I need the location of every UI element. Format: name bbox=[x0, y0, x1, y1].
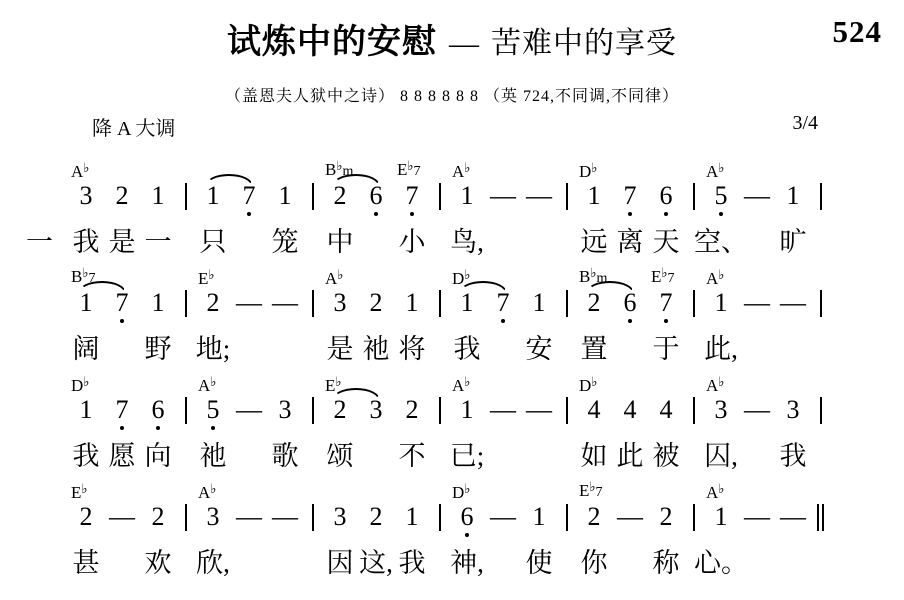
note-value: — bbox=[231, 502, 267, 532]
lyric: 于 bbox=[653, 334, 680, 364]
note-cell: A♭5空、 bbox=[703, 157, 739, 257]
note-value: 1 bbox=[521, 288, 557, 318]
low-octave-dot bbox=[628, 319, 632, 323]
note-value: 2 bbox=[68, 502, 104, 532]
lyric: 地; bbox=[196, 334, 231, 364]
note-cell: B♭m2置 bbox=[576, 264, 612, 364]
lyric: 安 bbox=[526, 334, 553, 364]
note-value: 6 bbox=[612, 288, 648, 318]
note-value: 1 bbox=[68, 395, 104, 425]
note-cell: D♭6神, bbox=[449, 478, 485, 578]
note-cell: — bbox=[485, 157, 521, 257]
lyric: 此 bbox=[617, 441, 644, 471]
note-value: 1 bbox=[394, 502, 430, 532]
low-octave-dot bbox=[664, 212, 668, 216]
lyric: 一 bbox=[145, 227, 172, 257]
note-cell: 2祂 bbox=[358, 264, 394, 364]
note-value: 2 bbox=[576, 288, 612, 318]
note-cell: 1安 bbox=[521, 264, 557, 364]
lyric: 囚, bbox=[704, 441, 738, 471]
lyric: 阔 bbox=[73, 334, 100, 364]
lyric: 此, bbox=[704, 334, 738, 364]
lyric: 颂 bbox=[327, 441, 354, 471]
lyric: 笼 bbox=[272, 227, 299, 257]
note-value: 1 bbox=[68, 288, 104, 318]
note-value: 7 bbox=[394, 181, 430, 211]
note-value: 6 bbox=[648, 181, 684, 211]
note-cell: D♭1我 bbox=[68, 371, 104, 471]
lyric: 我 bbox=[454, 334, 481, 364]
note-cell: 2不 bbox=[394, 371, 430, 471]
note-cell: — bbox=[739, 371, 775, 471]
barline bbox=[176, 371, 195, 471]
note-cell: E♭77小 bbox=[394, 157, 430, 257]
note-cell: 6向 bbox=[140, 371, 176, 471]
note-cell: E♭72你 bbox=[576, 478, 612, 578]
note-value: 2 bbox=[358, 502, 394, 532]
note-value: 1 bbox=[140, 288, 176, 318]
note-value: — bbox=[739, 395, 775, 425]
note-value: 3 bbox=[703, 395, 739, 425]
chord-label: D♭ bbox=[452, 480, 470, 501]
barline bbox=[557, 264, 576, 364]
note-value: 1 bbox=[394, 288, 430, 318]
note-cell: A♭3是 bbox=[322, 264, 358, 364]
note-value: — bbox=[267, 288, 303, 318]
barline-mark bbox=[557, 181, 576, 211]
note-cell: A♭3欣, bbox=[195, 478, 231, 578]
note-cell: A♭5祂 bbox=[195, 371, 231, 471]
chord-label: D♭ bbox=[579, 159, 597, 180]
note-cell: 1将 bbox=[394, 264, 430, 364]
lyric: 只 bbox=[200, 227, 227, 257]
note-value: 4 bbox=[612, 395, 648, 425]
lyric: 中 bbox=[327, 227, 354, 257]
low-octave-dot bbox=[410, 212, 414, 216]
barline bbox=[557, 371, 576, 471]
note-value: 7 bbox=[104, 288, 140, 318]
barline-mark bbox=[684, 181, 703, 211]
note-cell: 1旷 bbox=[775, 157, 811, 257]
note-cell: — bbox=[231, 371, 267, 471]
note-cell: 6 bbox=[358, 157, 394, 257]
note-cell: A♭1心。 bbox=[703, 478, 739, 578]
note-value: 4 bbox=[648, 395, 684, 425]
chord-label: E♭7 bbox=[651, 264, 675, 287]
barline bbox=[811, 371, 830, 471]
note-value: 1 bbox=[195, 181, 231, 211]
note-cell: 3我 bbox=[775, 371, 811, 471]
chord-label: A♭ bbox=[198, 480, 216, 501]
note-value: — bbox=[612, 502, 648, 532]
hymn-number: 524 bbox=[833, 14, 883, 50]
note-cell: A♭3我 bbox=[68, 157, 104, 257]
note-value: — bbox=[775, 502, 811, 532]
note-value: 3 bbox=[195, 502, 231, 532]
lyric: 向 bbox=[145, 441, 172, 471]
chord-label: A♭ bbox=[71, 159, 89, 180]
note-value: 7 bbox=[104, 395, 140, 425]
music-line-2: B♭71阔71野E♭2地;——A♭3是2祂1将D♭1我71安B♭m2置6E♭77… bbox=[0, 264, 904, 371]
lyric: 被 bbox=[653, 441, 680, 471]
note-cell: E♭2甚 bbox=[68, 478, 104, 578]
note-cell: — bbox=[775, 264, 811, 364]
note-value: 1 bbox=[449, 181, 485, 211]
barline-mark bbox=[430, 181, 449, 211]
note-cell: 7离 bbox=[612, 157, 648, 257]
chord-label: A♭ bbox=[452, 159, 470, 180]
lyric: 歌 bbox=[272, 441, 299, 471]
page-title: 试炼中的安慰 bbox=[227, 23, 437, 61]
note-value: — bbox=[231, 288, 267, 318]
barline-mark bbox=[176, 395, 195, 425]
note-cell: 1只 bbox=[195, 157, 231, 257]
lyric: 我 bbox=[73, 227, 100, 257]
chord-label: D♭ bbox=[579, 373, 597, 394]
lyric: 称 bbox=[653, 548, 680, 578]
time-signature: 3/4 bbox=[792, 112, 818, 141]
page-subtitle: 苦难中的享受 bbox=[491, 27, 677, 60]
note-cell: D♭1我 bbox=[449, 264, 485, 364]
barline-mark bbox=[176, 181, 195, 211]
note-value: 2 bbox=[648, 502, 684, 532]
low-octave-dot bbox=[120, 319, 124, 323]
note-cell: 1一 bbox=[140, 157, 176, 257]
lyric: 是 bbox=[327, 334, 354, 364]
barline bbox=[557, 157, 576, 257]
lyric: 是 bbox=[109, 227, 136, 257]
chord-label: E♭7 bbox=[579, 478, 603, 501]
note-cell: 3歌 bbox=[267, 371, 303, 471]
note-cell: A♭1鸟, bbox=[449, 157, 485, 257]
lyric: 将 bbox=[399, 334, 426, 364]
lyric: 欣, bbox=[196, 548, 230, 578]
note-value: 1 bbox=[449, 288, 485, 318]
note-value: 1 bbox=[267, 181, 303, 211]
note-cell: D♭4如 bbox=[576, 371, 612, 471]
note-value: 7 bbox=[485, 288, 521, 318]
note-cell: 7 bbox=[485, 264, 521, 364]
note-cell: 2这, bbox=[358, 478, 394, 578]
lyric: 置 bbox=[581, 334, 608, 364]
barline bbox=[303, 478, 322, 578]
key-signature-label: 降 A 大调 bbox=[92, 112, 175, 141]
note-value: — bbox=[739, 181, 775, 211]
note-value: 6 bbox=[358, 181, 394, 211]
lyric: 小 bbox=[399, 227, 426, 257]
lyric: 我 bbox=[73, 441, 100, 471]
note-cell: 2是 bbox=[104, 157, 140, 257]
note-cell: A♭1此, bbox=[703, 264, 739, 364]
barline bbox=[811, 478, 830, 578]
note-value: 1 bbox=[449, 395, 485, 425]
note-value: — bbox=[267, 502, 303, 532]
barline-mark bbox=[303, 502, 322, 532]
note-cell: — bbox=[521, 371, 557, 471]
note-value: 2 bbox=[195, 288, 231, 318]
barline bbox=[176, 478, 195, 578]
music-line-1: A♭3我2是1一1只71笼B♭m2中6E♭77小A♭1鸟,——D♭1远7离6天A… bbox=[0, 157, 904, 264]
note-value: 2 bbox=[394, 395, 430, 425]
lyric: 因 bbox=[327, 548, 354, 578]
note-cell: D♭1远 bbox=[576, 157, 612, 257]
low-octave-dot bbox=[664, 319, 668, 323]
note-cell: B♭71阔 bbox=[68, 264, 104, 364]
barline bbox=[811, 264, 830, 364]
barline-mark bbox=[811, 288, 830, 318]
note-cell: 4此 bbox=[612, 371, 648, 471]
barline-mark bbox=[430, 502, 449, 532]
barline-mark bbox=[303, 395, 322, 425]
note-cell: 7 bbox=[231, 157, 267, 257]
note-cell: — bbox=[267, 478, 303, 578]
title-dash: — bbox=[441, 27, 487, 60]
music-line-4: E♭2甚—2欢A♭3欣,——3因2这,1我D♭6神,—1使E♭72你—2称A♭1… bbox=[0, 478, 904, 585]
note-cell: — bbox=[739, 478, 775, 578]
note-cell: — bbox=[485, 371, 521, 471]
note-cell: 2欢 bbox=[140, 478, 176, 578]
note-value: 2 bbox=[140, 502, 176, 532]
note-cell: 7愿 bbox=[104, 371, 140, 471]
barline bbox=[430, 264, 449, 364]
low-octave-dot bbox=[120, 426, 124, 430]
note-cell: 1野 bbox=[140, 264, 176, 364]
note-cell: — bbox=[485, 478, 521, 578]
note-value: 3 bbox=[775, 395, 811, 425]
note-value: 1 bbox=[521, 502, 557, 532]
barline bbox=[430, 478, 449, 578]
note-value: 5 bbox=[195, 395, 231, 425]
hymn-info-line: （盖恩夫人狱中之诗） 8 8 8 8 8 8 （英 724,不同调,不同律） bbox=[0, 83, 904, 106]
lyric: 祂 bbox=[363, 334, 390, 364]
chord-label: A♭ bbox=[706, 159, 724, 180]
lyric: 这, bbox=[359, 548, 393, 578]
barline-mark bbox=[176, 288, 195, 318]
chord-label: A♭ bbox=[706, 266, 724, 287]
low-octave-dot bbox=[374, 212, 378, 216]
lyric: 不 bbox=[399, 441, 426, 471]
barline-mark bbox=[684, 288, 703, 318]
barline bbox=[684, 371, 703, 471]
note-value: 3 bbox=[68, 181, 104, 211]
note-cell: 6 bbox=[612, 264, 648, 364]
note-value: — bbox=[739, 288, 775, 318]
barline-mark bbox=[557, 395, 576, 425]
barline bbox=[430, 157, 449, 257]
note-value: 2 bbox=[576, 502, 612, 532]
note-value: — bbox=[104, 502, 140, 532]
note-cell: 3因 bbox=[322, 478, 358, 578]
title-row: 试炼中的安慰 — 苦难中的享受 bbox=[0, 0, 904, 71]
barline-mark bbox=[811, 502, 830, 532]
note-value: 1 bbox=[140, 181, 176, 211]
note-value: — bbox=[485, 181, 521, 211]
verse-number: 一 bbox=[26, 227, 53, 257]
note-value: — bbox=[485, 502, 521, 532]
lyric: 你 bbox=[581, 548, 608, 578]
note-value: 1 bbox=[703, 288, 739, 318]
note-cell: — bbox=[231, 478, 267, 578]
lyric: 野 bbox=[145, 334, 172, 364]
note-cell: 2称 bbox=[648, 478, 684, 578]
low-octave-dot bbox=[719, 212, 723, 216]
note-value: 2 bbox=[322, 181, 358, 211]
key-row: 降 A 大调 3/4 bbox=[0, 112, 904, 141]
low-octave-dot bbox=[211, 426, 215, 430]
barline-mark bbox=[176, 502, 195, 532]
note-value: 7 bbox=[612, 181, 648, 211]
barline-mark bbox=[811, 181, 830, 211]
note-value: 7 bbox=[648, 288, 684, 318]
barline bbox=[303, 264, 322, 364]
chord-label: A♭ bbox=[706, 480, 724, 501]
note-cell: — bbox=[267, 264, 303, 364]
note-cell: — bbox=[739, 264, 775, 364]
barline-mark bbox=[557, 288, 576, 318]
note-value: 2 bbox=[104, 181, 140, 211]
note-cell: 1笼 bbox=[267, 157, 303, 257]
barline bbox=[303, 157, 322, 257]
lyric: 我 bbox=[399, 548, 426, 578]
chord-label: A♭ bbox=[706, 373, 724, 394]
lyric: 离 bbox=[617, 227, 644, 257]
barline-mark bbox=[684, 395, 703, 425]
lyric: 我 bbox=[780, 441, 807, 471]
barline-mark bbox=[303, 288, 322, 318]
note-value: — bbox=[485, 395, 521, 425]
barline bbox=[811, 157, 830, 257]
barline-mark bbox=[811, 395, 830, 425]
score: A♭3我2是1一1只71笼B♭m2中6E♭77小A♭1鸟,——D♭1远7离6天A… bbox=[0, 157, 904, 585]
note-value: 3 bbox=[322, 288, 358, 318]
note-value: — bbox=[521, 181, 557, 211]
note-cell: E♭77于 bbox=[648, 264, 684, 364]
note-value: — bbox=[775, 288, 811, 318]
note-value: — bbox=[521, 395, 557, 425]
lyric: 使 bbox=[526, 548, 553, 578]
music-line-3: D♭1我7愿6向A♭5祂—3歌E♭2颂32不A♭1已;——D♭4如4此4被A♭3… bbox=[0, 371, 904, 478]
chord-label: E♭ bbox=[198, 266, 215, 287]
note-value: 3 bbox=[267, 395, 303, 425]
lyric: 愿 bbox=[109, 441, 136, 471]
barline bbox=[430, 371, 449, 471]
note-cell: — bbox=[775, 478, 811, 578]
note-cell: — bbox=[104, 478, 140, 578]
note-cell: — bbox=[231, 264, 267, 364]
note-cell: E♭2颂 bbox=[322, 371, 358, 471]
low-octave-dot bbox=[156, 426, 160, 430]
note-cell: A♭1已; bbox=[449, 371, 485, 471]
barline bbox=[303, 371, 322, 471]
barline-mark bbox=[430, 288, 449, 318]
chord-label: A♭ bbox=[452, 373, 470, 394]
barline-mark bbox=[430, 395, 449, 425]
note-cell: 1我 bbox=[394, 478, 430, 578]
note-value: 5 bbox=[703, 181, 739, 211]
note-value: 6 bbox=[449, 502, 485, 532]
chord-label: D♭ bbox=[71, 373, 89, 394]
note-value: 1 bbox=[775, 181, 811, 211]
barline bbox=[684, 264, 703, 364]
lyric: 欢 bbox=[145, 548, 172, 578]
barline-mark bbox=[303, 181, 322, 211]
lyric: 已; bbox=[450, 441, 485, 471]
note-value: 2 bbox=[358, 288, 394, 318]
note-cell: A♭3囚, bbox=[703, 371, 739, 471]
lyric: 如 bbox=[581, 441, 608, 471]
low-octave-dot bbox=[247, 212, 251, 216]
final-double-barline bbox=[811, 502, 830, 531]
note-cell: — bbox=[612, 478, 648, 578]
barline bbox=[557, 478, 576, 578]
note-cell: 7 bbox=[104, 264, 140, 364]
chord-label: A♭ bbox=[198, 373, 216, 394]
lyric: 甚 bbox=[73, 548, 100, 578]
lyric: 天 bbox=[653, 227, 680, 257]
note-cell: 6天 bbox=[648, 157, 684, 257]
note-value: 7 bbox=[231, 181, 267, 211]
chord-label: E♭7 bbox=[397, 157, 421, 180]
note-cell: — bbox=[739, 157, 775, 257]
lyric: 鸟, bbox=[450, 227, 484, 257]
low-octave-dot bbox=[628, 212, 632, 216]
low-octave-dot bbox=[501, 319, 505, 323]
barline bbox=[176, 157, 195, 257]
lyric: 神, bbox=[450, 548, 484, 578]
chord-label: E♭ bbox=[71, 480, 88, 501]
barline-mark bbox=[557, 502, 576, 532]
note-value: 4 bbox=[576, 395, 612, 425]
note-value: 1 bbox=[576, 181, 612, 211]
low-octave-dot bbox=[465, 533, 469, 537]
note-value: 3 bbox=[322, 502, 358, 532]
barline bbox=[176, 264, 195, 364]
note-cell: 4被 bbox=[648, 371, 684, 471]
note-cell: B♭m2中 bbox=[322, 157, 358, 257]
note-value: 6 bbox=[140, 395, 176, 425]
hymn-sheet-page: 524 试炼中的安慰 — 苦难中的享受 （盖恩夫人狱中之诗） 8 8 8 8 8… bbox=[0, 0, 904, 600]
note-value: 2 bbox=[322, 395, 358, 425]
note-value: — bbox=[739, 502, 775, 532]
lyric: 远 bbox=[581, 227, 608, 257]
note-cell: 1使 bbox=[521, 478, 557, 578]
note-cell: — bbox=[521, 157, 557, 257]
note-cell: E♭2地; bbox=[195, 264, 231, 364]
note-cell: 3 bbox=[358, 371, 394, 471]
barline-mark bbox=[684, 502, 703, 532]
lyric: 祂 bbox=[200, 441, 227, 471]
note-value: — bbox=[231, 395, 267, 425]
note-value: 1 bbox=[703, 502, 739, 532]
note-value: 3 bbox=[358, 395, 394, 425]
chord-label: A♭ bbox=[325, 266, 343, 287]
lyric: 旷 bbox=[780, 227, 807, 257]
